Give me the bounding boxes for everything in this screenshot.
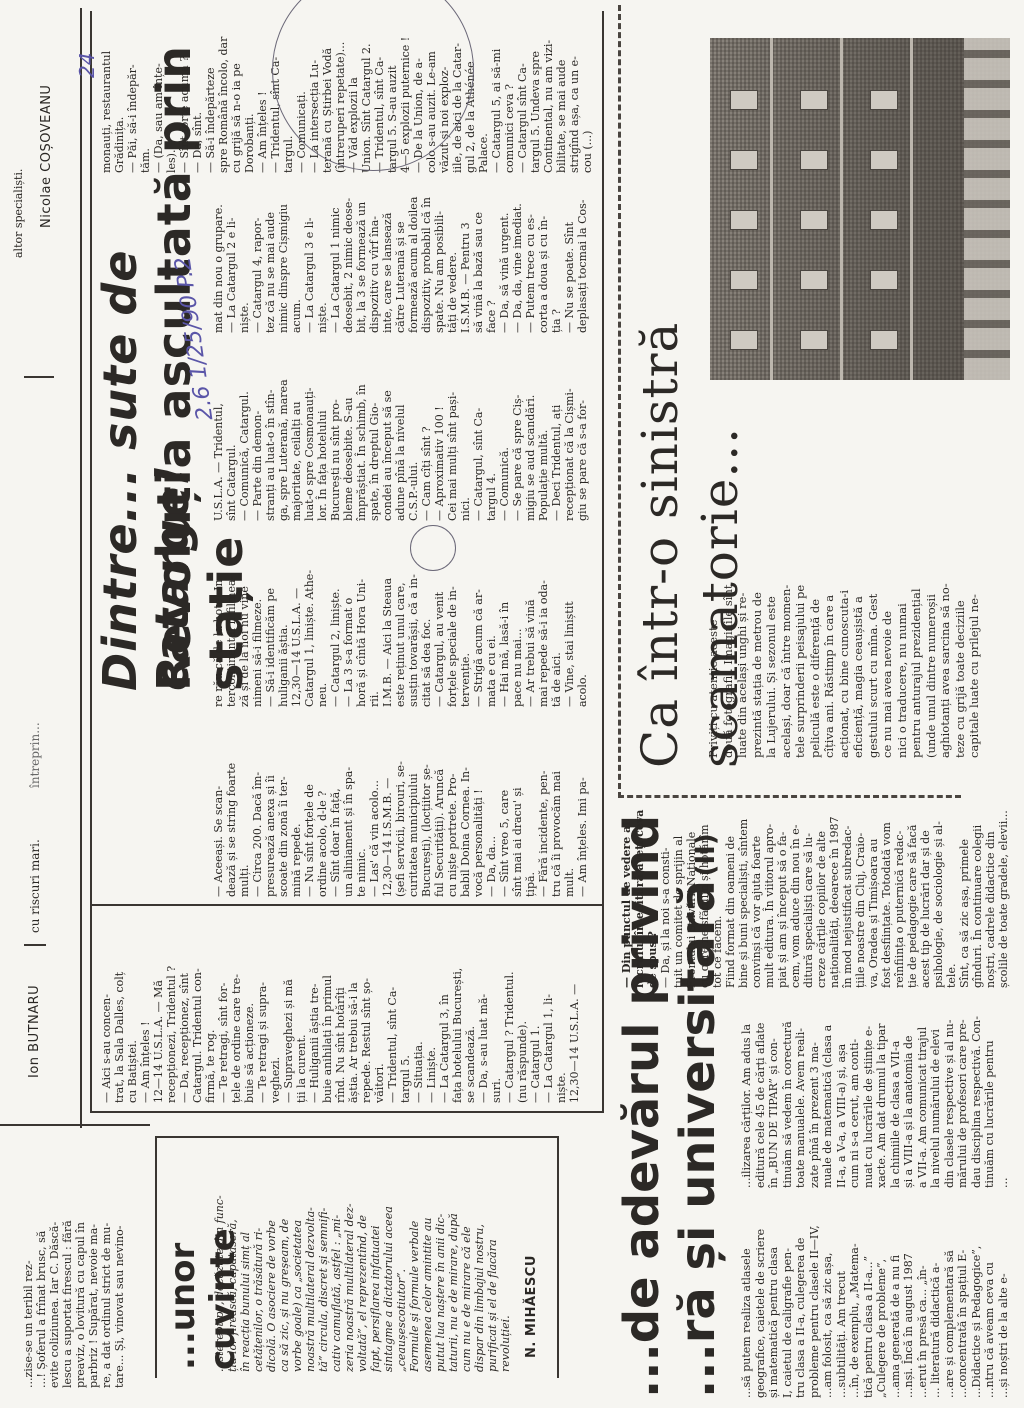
- photo-floor-line: [770, 38, 773, 380]
- body-line: este reținut unul care,: [394, 532, 407, 707]
- body-line: nici.: [459, 343, 472, 521]
- body-line: — Sînt doar în față,: [329, 717, 342, 897]
- body-line: în mod nejustificat subredac-: [841, 808, 854, 988]
- photo-window: [730, 330, 758, 350]
- body-line: tot ce facem.: [711, 808, 724, 988]
- body-line: — Am înțeles !: [256, 13, 269, 173]
- body-line: mărului de profesori care pre-: [956, 998, 970, 1188]
- body-line: ...Didactice și Pedagogice”,: [970, 1198, 984, 1398]
- body-line: — Catargul 5, ai să-mi: [490, 13, 503, 173]
- body-line: sintagme a dictatorului aceea: [382, 1146, 395, 1372]
- body-line: tăm.: [139, 13, 152, 173]
- body-line: ...concentrată în spațiul E-: [956, 1198, 970, 1398]
- column-divider: [24, 377, 54, 379]
- body-line: către Luterană și se: [394, 183, 407, 333]
- fragment-intreprinde: întreprin...: [28, 722, 42, 788]
- body-line: lucrului în editură aveți ceva: [633, 808, 646, 988]
- photo-window: [730, 150, 758, 170]
- body-line: „ceaușescotiutor”.: [395, 1146, 408, 1372]
- left-fragment-line: ...zise-se un teribil rez-: [22, 1133, 35, 1388]
- body-line: — Nu sînt forțele de: [303, 717, 316, 897]
- body-line: huliganii ăștia.: [277, 532, 290, 707]
- body-line: tuit un comitet de sprijin al: [672, 808, 685, 988]
- body-line: ...nși. Încă în august 1987: [902, 1198, 916, 1398]
- scamatorie-article: Ca într-o sinistră scamatorie... Priviți…: [626, 8, 1016, 788]
- body-line: naționalități, deoarece în 1987: [828, 808, 841, 988]
- body-line: I, caietul de caligrafie pen-: [781, 1198, 795, 1398]
- body-line: sînt mai ai dracu' și: [511, 717, 524, 897]
- body-line: reînființa o puternică redac-: [893, 808, 906, 988]
- body-line: les).: [165, 13, 178, 173]
- body-line: mai repede să-i ia oda-: [537, 532, 550, 707]
- body-line: nici o traducere, nu numai: [895, 418, 910, 758]
- body-line: firmă, te rog.: [204, 913, 217, 1103]
- body-line: Continental, nu am vizi-: [542, 13, 555, 173]
- body-line: bine și buni specialiști, sîntem: [737, 808, 750, 988]
- body-line: acum.: [290, 183, 303, 333]
- body-line: — La Catargul 3 e li-: [303, 183, 316, 333]
- body-line: — Te retragi, sînt for-: [217, 913, 230, 1103]
- body-line: neu.: [316, 532, 329, 707]
- body-line: — Tridentul, sînt Ca-: [386, 913, 399, 1103]
- body-line: — Situația.: [412, 913, 425, 1103]
- body-line: acolo.: [576, 532, 589, 707]
- left-fragment-line: re, a dat ordinul strict de mu-: [100, 1133, 113, 1388]
- body-line: Catargul. Tridentul con-: [191, 913, 204, 1103]
- body-line: ția ?: [550, 183, 563, 333]
- body-line: — Comunică, Catargul.: [238, 343, 251, 521]
- body-line: — Circa 200. Dacă îm-: [251, 717, 264, 897]
- body-line: bit, la 3 se formează un: [355, 183, 368, 333]
- body-line: lor. În fața hotelului: [316, 343, 329, 521]
- body-line: niște.: [555, 913, 568, 1103]
- body-line: — Am înțeles. Imi pa-: [576, 717, 589, 897]
- body-line: luate din același unghi și re-: [735, 418, 750, 758]
- body-line: vocă personalități !: [472, 717, 485, 897]
- body-line: cîțiva ani. Răstimp în care a: [822, 418, 837, 758]
- body-line: dispozitiv cu vîrf îna-: [368, 183, 381, 333]
- body-line: Sînt, ca să zic așa, primele: [958, 808, 971, 988]
- body-line: mină repede.: [290, 717, 303, 897]
- body-line: ordine acolo, d-le ?: [316, 717, 329, 897]
- body-line: rii.: [368, 532, 381, 707]
- body-line: targul 5. Undeva spre: [529, 13, 542, 173]
- body-line: babil Doina Cornea. In-: [459, 717, 472, 897]
- body-line: toate manualele. Avem reali-: [794, 998, 808, 1188]
- body-line: bleme deosebite. S-au: [342, 343, 355, 521]
- main-article-box: Dintre... sute de catarge! Revoluția asc…: [90, 11, 604, 1113]
- body-line: zate pînă în prezent 3 ma-: [808, 998, 822, 1188]
- body-line: vorbe goale) ca „societatea: [291, 1146, 304, 1372]
- photo-floor-line: [840, 38, 843, 380]
- body-line: ...ntru că aveam ceva cu: [983, 1198, 997, 1398]
- body-line: — Da, s-au luat mă-: [477, 913, 490, 1103]
- body-line: buie să acționeze.: [243, 913, 256, 1103]
- photo-window: [800, 90, 828, 110]
- body-line: horă și cîntă Hora Uni-: [355, 532, 368, 707]
- body-line: — La Catargul 1 nimic: [329, 183, 342, 333]
- body-line: ...ilizarea cărților. Am adus la: [740, 998, 754, 1188]
- body-line: tru clasa a II-a, culegerea de: [794, 1198, 808, 1398]
- body-line: curitatea municipiului: [407, 717, 420, 897]
- body-line: I.M.B. — Aici la Steaua: [381, 532, 394, 707]
- body-line: 12,30—14 I.S.M.B. —: [381, 717, 394, 897]
- body-line: „Culegere de probleme”,: [875, 1198, 889, 1398]
- body-line: targul 4.: [485, 343, 498, 521]
- body-line: la nivelul numărului de elevi: [929, 998, 943, 1188]
- body-line: ...am folosit, ca să zic așa,: [821, 1198, 835, 1398]
- photo-window: [870, 90, 898, 110]
- body-line: două fotografii. Imaginile sînt: [721, 418, 736, 758]
- body-line: nimeni să-i filmeze.: [251, 532, 264, 707]
- body-line: mat din nou o grupare.: [212, 183, 225, 333]
- photo-window: [870, 150, 898, 170]
- body-line: revoluției.: [499, 1146, 512, 1372]
- left-fragment-line: preaviz, o lovitură cu capul în: [74, 1133, 87, 1388]
- body-line: dează și se string foarte: [225, 717, 238, 897]
- body-line: — Catargul sînt Ca-: [516, 13, 529, 173]
- photo-floor-line: [910, 38, 913, 380]
- body-line: cu care ne sfătuim și hotărîm: [698, 808, 711, 988]
- newspaper-page: ...zise-se un teribil rez- ...! Șoferul …: [0, 0, 1024, 1408]
- body-line: Priviți cu atenție aceste: [706, 418, 721, 758]
- body-line: cetățenilor, o trăsătură ri-: [252, 1146, 265, 1372]
- body-line: Formule și formule verbale: [408, 1146, 421, 1372]
- left-fragment-line: ...! Șoferul a frînat brusc, să: [35, 1133, 48, 1388]
- body-line: bilitate, se mai aude: [555, 13, 568, 173]
- body-line: tinuăm să vedem în corectură: [781, 998, 795, 1188]
- body-line: — Fără incidente, pen-: [537, 717, 550, 897]
- left-fragment-line: lescu a suportat firescul : fără: [61, 1133, 74, 1388]
- main-col-3: re rău că de la hotel In- tercontinental…: [212, 532, 596, 707]
- body-line: ...erut în presă ca... „în-: [916, 1198, 930, 1398]
- body-line: — La 3 s-a format o: [342, 532, 355, 707]
- body-line: creze cărțile copiilor de alte: [815, 808, 828, 988]
- scamatorie-body: Priviți cu atenție aceste două fotografi…: [706, 418, 996, 758]
- body-line: — Catargul ? Tridentul.: [503, 913, 516, 1103]
- body-line: tă de aici.: [550, 532, 563, 707]
- body-line: — Te retragi și supra-: [256, 913, 269, 1103]
- body-line: ...să putem realiza atlasele: [740, 1198, 754, 1398]
- body-line: — Cam cîți sînt ?: [420, 343, 433, 521]
- body-line: dau disciplina respectivă. Con-: [970, 998, 984, 1188]
- body-line: spate. Nu am posibili-: [433, 183, 446, 333]
- body-line: țipă.: [524, 717, 537, 897]
- body-line: rînd. Nu sînt hotărîți: [334, 913, 347, 1103]
- body-line: și a VIII-a și la anatomia de: [902, 998, 916, 1188]
- body-line: teze cu grijă toate deciziile: [953, 418, 968, 758]
- body-line: împrăștiat. În schimb, în: [355, 343, 368, 521]
- photo-window: [870, 270, 898, 290]
- column-divider: [24, 945, 46, 947]
- body-line: ful Securității). Aruncă: [433, 717, 446, 897]
- body-line: luat-o spre Cosmonauți-: [303, 343, 316, 521]
- body-line: — Păi, să-i îndepăr-: [126, 13, 139, 173]
- body-line: comunici ceva ?: [503, 13, 516, 173]
- body-line: — Da, da, vine imediat.: [511, 183, 524, 333]
- body-line: tercontinental îi filmea-: [225, 532, 238, 707]
- body-line: — La Catargul 3, în: [438, 913, 451, 1103]
- photo-window: [870, 330, 898, 350]
- photo-foreground: [964, 38, 1010, 380]
- body-line: — Da, recepționez, sînt: [178, 913, 191, 1103]
- pen-circle-mark: [410, 525, 456, 571]
- photo-window: [800, 330, 828, 350]
- photo-window: [800, 210, 828, 230]
- body-line: II-a, a V-a, a VIII-a) și, așa: [835, 998, 849, 1188]
- body-line: recepționezi, Tridentul ?: [165, 913, 178, 1103]
- body-line: Cei mai mulți sînt pași-: [446, 343, 459, 521]
- body-line: — La Catargul 2 e li-: [225, 183, 238, 333]
- body-line: voltată”, el reprezentînd, de: [356, 1146, 369, 1372]
- body-line: — Da, și la noi s-a consti-: [659, 808, 672, 988]
- body-line: presurează anexa și îi: [264, 717, 277, 897]
- body-line: — Liniște.: [425, 913, 438, 1103]
- body-line: zeria noastră multilateral dez-: [343, 1146, 356, 1372]
- body-line: majoritate, ceilalți au: [290, 343, 303, 521]
- byline-cosoveanu: Nicolae COȘOVEANU: [40, 85, 54, 228]
- body-line: Dorobanți.: [243, 13, 256, 173]
- body-line: ce nu mai avea nevoie de: [880, 418, 895, 758]
- body-line: nimic dinspre Cișmigiu: [277, 183, 290, 333]
- body-line: mult editura. În viitorul apro-: [763, 808, 776, 988]
- body-line: să vină la bază sau ce: [472, 183, 485, 333]
- body-line: fapt, persiflarea infatuatei: [369, 1146, 382, 1372]
- column-divider: [92, 905, 602, 907]
- body-line: — Ar trebui să vină: [524, 532, 537, 707]
- body-line: trat, la Sala Dalles, colț: [113, 913, 126, 1103]
- building-photo: [710, 38, 1010, 380]
- body-line: ...stereotipe, decăzute din func-: [213, 1146, 226, 1372]
- body-line: — La Catargul 1, li-: [542, 913, 555, 1103]
- photo-window: [730, 90, 758, 110]
- adevarul-col-3: — Din punctul de vedere al lucrului în e…: [620, 808, 1020, 988]
- body-line: purificat și el de flacăra: [486, 1146, 499, 1372]
- section-rule: [80, 8, 82, 1128]
- body-line: aghiotanți avea sarcina să no-: [938, 418, 953, 758]
- body-line: — Se pare că spre Ciș-: [511, 343, 524, 521]
- body-line: același, doar că între momen-: [779, 418, 794, 758]
- body-line: văitori.: [373, 913, 386, 1103]
- unor-cuvinte-body: ...stereotipe, decăzute din func- ția lo…: [213, 1146, 513, 1372]
- photo-window: [800, 270, 828, 290]
- body-line: corta a doua și cu în-: [537, 183, 550, 333]
- body-line: niște.: [238, 183, 251, 333]
- body-line: Grădinița.: [113, 13, 126, 173]
- body-line: fost desființate. Totodată vom: [880, 808, 893, 988]
- body-line: cu Batiștei.: [126, 913, 139, 1103]
- body-line: (șefi servicii, birouri, se-: [394, 717, 407, 897]
- body-line: noștri, cadrele didactice din: [984, 808, 997, 988]
- body-line: (unde unul dintre numeroșii: [924, 418, 939, 758]
- body-line: asemenea celor amintite au: [421, 1146, 434, 1372]
- body-line: spate, în dreptul Gio-: [368, 343, 381, 521]
- left-fragment-line: tare... Și, vinovat sau nevino-: [113, 1133, 126, 1388]
- body-line: cum nu e de mirare că ele: [460, 1146, 473, 1372]
- body-line: va, Oradea și Timișoara au: [867, 808, 880, 988]
- body-line: xacte. Am dat drumul la tipar: [875, 998, 889, 1188]
- body-line: dicolă. O asociere de vorbe: [265, 1146, 278, 1372]
- body-line: cu niște portrete. Pro-: [446, 717, 459, 897]
- body-line: formează acum al doilea: [407, 183, 420, 333]
- body-line: — Aici s-au concen-: [100, 913, 113, 1103]
- body-line: inte, care se lansează: [381, 183, 394, 333]
- body-line: deosebit, 2 nimic deose-: [342, 183, 355, 333]
- body-line: migiu se aud scandări.: [524, 343, 537, 521]
- fragment-specialisti: altor specialiști.: [12, 169, 26, 258]
- body-line: I.S.M.B. — Pentru 3: [459, 183, 472, 333]
- body-line: 12—14 U.S.L.A. — Mă: [152, 913, 165, 1103]
- body-line: strigînd așa, ca un e-: [568, 13, 581, 173]
- body-line: piat și am și început să o fa-: [776, 808, 789, 988]
- body-line: București), (locțiitor șe-: [420, 717, 433, 897]
- body-line: Catargul 1, liniște. Athe-: [303, 532, 316, 707]
- body-line: mult.: [563, 717, 576, 897]
- body-line: de spus ?: [646, 808, 659, 988]
- body-line: noastră multilateral dezvolta-: [304, 1146, 317, 1372]
- body-line: acest tip de lucrări dar și de: [919, 808, 932, 988]
- body-line: taturii, nu e de mirare, după: [447, 1146, 460, 1372]
- body-line: — Am înțeles !: [139, 913, 152, 1103]
- body-line: tică pentru clasa a II-a...”: [862, 1198, 876, 1398]
- body-line: — Catargul, sînt Ca-: [472, 343, 485, 521]
- body-line: — Da, sînt.: [191, 13, 204, 173]
- column-divider: [0, 1125, 150, 1127]
- body-line: buie anihilați în primul: [321, 913, 334, 1103]
- body-line: ...subtilități. Am trecut: [835, 1198, 849, 1398]
- body-line: C.S.P.-ului.: [407, 343, 420, 521]
- photo-window: [730, 210, 758, 230]
- handwritten-mark: 24: [80, 53, 94, 78]
- body-line: mata e cu ei.: [485, 532, 498, 707]
- body-line: ...în, de exemplu, „Matema-: [848, 1198, 862, 1398]
- adevarul-col-1: ...să putem realiza atlasele geografice,…: [740, 1198, 1020, 1398]
- unor-cuvinte-box: ...unor cuvinte ...stereotipe, decăzute …: [155, 1136, 559, 1378]
- body-line: București nu sînt pro-: [329, 343, 342, 521]
- body-line: nuat cu lucrările de științe e-: [862, 998, 876, 1188]
- body-line: la chimiile de clasa a VII-a: [889, 998, 903, 1188]
- body-line: ...și noștri de la alte e-: [997, 1198, 1011, 1398]
- photo-window: [730, 270, 758, 290]
- body-line: niște.: [316, 183, 329, 333]
- body-line: tez că nu se mai aude: [264, 183, 277, 333]
- body-line: ția lor firească, căpătaseră,: [226, 1146, 239, 1372]
- body-line: Populație multă.: [537, 343, 550, 521]
- body-line: — Catargul 4, rapor-: [251, 183, 264, 333]
- body-line: țiile noastre din Cluj, Craio-: [854, 808, 867, 988]
- body-line: un aliniament și în spa-: [342, 717, 355, 897]
- body-line: fața hotelului București,: [451, 913, 464, 1103]
- body-line: țele de ordine care tre-: [230, 913, 243, 1103]
- body-line: convinși că vor ajuta foarte: [750, 808, 763, 988]
- body-line: mulți.: [238, 717, 251, 897]
- body-line: monauți, restaurantul: [100, 13, 113, 173]
- body-line: capitale luate cu prilejul ne-: [967, 418, 982, 758]
- byline-butnaru-tail: cu riscuri mari.: [28, 839, 42, 933]
- body-line: dispozitiv, probabil că în: [420, 183, 433, 333]
- body-line: — Să-i identificăm pe: [264, 532, 277, 707]
- body-line: a VII-a. Am comunicat tirajul: [916, 998, 930, 1188]
- body-line: — Putem trece cu es-: [524, 183, 537, 333]
- adevarul-article: ...de adevărul privind ...ră și universi…: [610, 808, 1024, 1408]
- body-line: ditură specialiști care să lu-: [802, 808, 815, 988]
- body-line: școlile de toate gradele, elevii...: [997, 808, 1010, 988]
- body-line: ga, spre Luterană, marea: [277, 343, 290, 521]
- body-line: Fiind format din oameni de: [724, 808, 737, 988]
- body-line: — Da, da...: [485, 717, 498, 897]
- body-line: giu se pare că s-a for-: [576, 343, 589, 521]
- body-line: prezintă stația de metrou de: [750, 418, 765, 758]
- body-line: tinuăm cu lucrările pentru: [983, 998, 997, 1188]
- body-line: ca să zic, și nu greșeam, de: [278, 1146, 291, 1372]
- body-line: gestului scurt cu mîna. Gest: [866, 418, 881, 758]
- body-line: nuale de matematică (clasa a: [821, 998, 835, 1188]
- body-line: psihologie, de sociologie și al-: [932, 808, 945, 988]
- body-line: 12,30—14 U.S.L.A. —: [568, 913, 581, 1103]
- body-line: ... literatură didactică a-: [929, 1198, 943, 1398]
- body-line: — Deci Tridentul, ați: [550, 343, 563, 521]
- body-line: ...are și complementară să: [943, 1198, 957, 1398]
- body-line: — Aceeași. Se scan-: [212, 717, 225, 897]
- body-line: se scandează.: [464, 913, 477, 1103]
- body-line: tele surprinderii peisajului pe: [793, 418, 808, 758]
- body-line: ...ama generată de a nu fi: [889, 1198, 903, 1398]
- body-line: tervenție.: [459, 532, 472, 707]
- body-line: — Las' că vin acolo...: [368, 717, 381, 897]
- body-line: dispar din limbajul nostru,: [473, 1146, 486, 1372]
- body-line: — Parte din demon-: [251, 343, 264, 521]
- body-line: acționat, cu bine cunoscuta-i: [837, 418, 852, 758]
- body-line: recepționat că la Cișmi-: [563, 343, 576, 521]
- body-line: (nu răspunde).: [516, 913, 529, 1103]
- body-line: veghezi.: [269, 913, 282, 1103]
- body-line: suri.: [490, 913, 503, 1103]
- body-line: cu grijă să n-o ia pe: [230, 13, 243, 173]
- left-fragment-line: evite coliziunea. Iar C. Dăscă-: [48, 1133, 61, 1388]
- body-line: — Sînt vreo 5, care: [498, 717, 511, 897]
- main-col-2: — Aceeași. Se scan- dează și se string f…: [212, 717, 596, 897]
- body-line: ză și de la noi nu vine: [238, 532, 251, 707]
- body-line: putut lua naștere în anii dic-: [434, 1146, 447, 1372]
- body-line: ăștia. Ar trebui să-i la: [347, 913, 360, 1103]
- body-line: — (Da, sau am înțe-: [152, 13, 165, 173]
- body-line: stranți au luat-o în stîn-: [264, 343, 277, 521]
- main-col-1: — Aici s-au concen- trat, la Sala Dalles…: [100, 913, 596, 1103]
- body-line: tru că îi provocăm mai: [550, 717, 563, 897]
- body-line: — Aproximativ 100 !: [433, 343, 446, 521]
- body-line: ții la curent.: [295, 913, 308, 1103]
- body-line: repede. Restul sînt șo-: [360, 913, 373, 1103]
- body-line: în reacția bunului simț al: [239, 1146, 252, 1372]
- body-line: spre Română încolo, dar: [217, 13, 230, 173]
- body-line: scoate din zonă îi ter-: [277, 717, 290, 897]
- body-line: — Vine, stai liniștit: [563, 532, 576, 707]
- body-line: Palace.: [477, 13, 490, 173]
- body-line: face ?: [485, 183, 498, 333]
- left-fragment-line: parbriz ! Supărat, nevoie ma-: [87, 1133, 100, 1388]
- body-line: — Da, să vină urgent.: [498, 183, 511, 333]
- body-line: adune pînă la nivelul: [394, 343, 407, 521]
- body-line: eficiență, magia ceaușistă a: [851, 418, 866, 758]
- body-line: targul 5.: [399, 913, 412, 1103]
- body-line: pace nu mai...: [511, 532, 524, 707]
- byline-butnaru: Ion BUTNARU: [28, 985, 42, 1078]
- body-line: cum ni s-a cerut, am conti-: [848, 998, 862, 1188]
- body-line: editură cele 45 de cărți aflate: [754, 998, 768, 1188]
- photo-window: [800, 150, 828, 170]
- body-line: U.S.L.A. — Tridentul,: [212, 343, 225, 521]
- body-line: peliculă este o diferență de: [808, 418, 823, 758]
